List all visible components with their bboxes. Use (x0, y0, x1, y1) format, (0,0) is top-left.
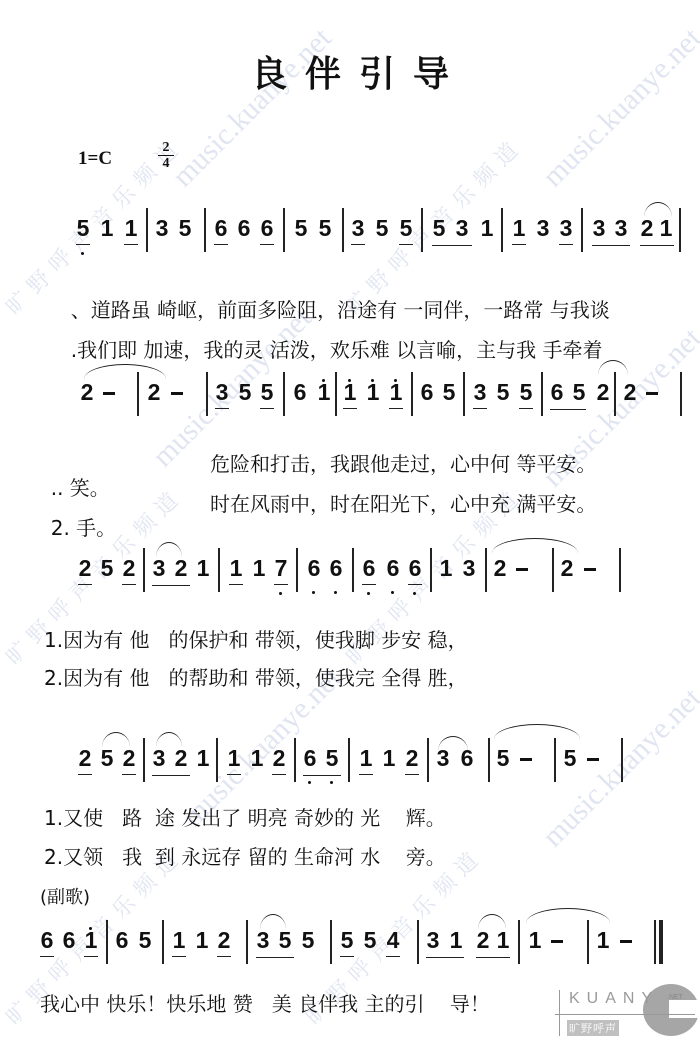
lyric-line-2-verse-1: 危险和打击，我跟他走过，心中何 等平安。 (210, 452, 596, 476)
note: 5 (440, 378, 458, 406)
note: 5 (570, 378, 588, 406)
barline (143, 738, 145, 782)
notation-row-4: 2 5 2 3 2 1 1 1 2 6 5 1 1 2 3 6 5 5 (0, 738, 700, 786)
note: 3 (471, 378, 489, 406)
note: 1 (122, 214, 140, 242)
note: 3 (612, 214, 630, 242)
note: 1 (594, 926, 612, 954)
dash-extend (516, 568, 528, 571)
note-high: 1 (387, 378, 405, 406)
tie (526, 908, 610, 923)
note: 3 (254, 926, 272, 954)
barline (146, 208, 148, 252)
barline (552, 548, 554, 592)
barline (541, 372, 543, 416)
note: 6 (38, 926, 56, 954)
dash-extend (587, 758, 599, 761)
note: 3 (349, 214, 367, 242)
tie (494, 724, 580, 739)
barline (488, 738, 490, 782)
dash-extend (646, 392, 658, 395)
barline (654, 920, 656, 964)
beam-underline (476, 957, 510, 958)
barline (352, 548, 354, 592)
tie (84, 364, 166, 379)
note-high: 1 (315, 378, 333, 406)
barline (206, 372, 208, 416)
note: 2 (270, 744, 288, 772)
barline (283, 208, 285, 252)
note-low: 6 (406, 554, 424, 582)
beam-underline (592, 245, 630, 246)
beam-underline (152, 585, 190, 586)
note-low: 6 (301, 744, 319, 772)
notation-row-1: 5 1 1 3 5 6 6 6 5 5 3 5 5 5 3 1 1 3 3 3 … (0, 208, 700, 256)
note: 1 (225, 744, 243, 772)
barline (679, 208, 681, 252)
slur (102, 732, 130, 747)
note: 6 (291, 378, 309, 406)
note-high: 1 (341, 378, 359, 406)
note: 1 (526, 926, 544, 954)
note: 2 (215, 926, 233, 954)
lyric-line-5: 我心中 快乐！快乐地 赞 美 良伴我 主的引 导！ (40, 992, 490, 1016)
note: 1 (98, 214, 116, 242)
note: 1 (193, 926, 211, 954)
lyric-text: 手。 (76, 516, 116, 540)
note: 3 (424, 926, 442, 954)
note: 1 (194, 554, 212, 582)
barline (421, 208, 423, 252)
note-low: 7 (272, 554, 290, 582)
note: 3 (534, 214, 552, 242)
slur (438, 736, 468, 751)
note: 3 (590, 214, 608, 242)
dash-extend (584, 568, 596, 571)
lyric-line-2-verse-2: 时在风雨中，时在阳光下，心中充 满平安。 (210, 492, 596, 516)
notation-row-2: 2 2 3 5 5 6 1 1 1 1 6 5 3 5 5 6 5 2 2 (0, 372, 700, 420)
barline (294, 738, 296, 782)
note: 2 (594, 378, 612, 406)
site-logo: KUANY .NET 旷野呼声 (555, 978, 700, 1038)
note: 1 (170, 926, 188, 954)
barline (296, 548, 298, 592)
barline (485, 548, 487, 592)
barline (430, 548, 432, 592)
note: 1 (510, 214, 528, 242)
note: 5 (136, 926, 154, 954)
note: 5 (430, 214, 448, 242)
note-high: 1 (82, 926, 100, 954)
slur (156, 732, 182, 747)
barline (342, 208, 344, 252)
note: 6 (418, 378, 436, 406)
barline (587, 920, 589, 964)
lyric-line-4-verse-1: 1.又使 路 途 发出了 明亮 奇妙的 光 辉。 (44, 806, 446, 830)
note-low: 6 (360, 554, 378, 582)
barline (417, 920, 419, 964)
logo-line (559, 990, 560, 1036)
note: 2 (145, 378, 163, 406)
note: 6 (548, 378, 566, 406)
barline (106, 920, 108, 964)
note: 1 (250, 554, 268, 582)
notation-row-5: 6 6 1 6 5 1 1 2 3 5 5 5 5 4 3 1 2 1 1 1 (0, 920, 700, 968)
dash-extend (103, 392, 115, 395)
note: 5 (292, 214, 310, 242)
barline (581, 208, 583, 252)
tie (492, 538, 578, 553)
beam-underline (256, 957, 294, 958)
barline (427, 738, 429, 782)
barline (218, 548, 220, 592)
note: 6 (113, 926, 131, 954)
note: 5 (494, 378, 512, 406)
note: 5 (373, 214, 391, 242)
slur (644, 202, 672, 217)
note: 2 (172, 744, 190, 772)
barline (680, 372, 682, 416)
barline (463, 372, 465, 416)
note: 5 (176, 214, 194, 242)
barline (619, 548, 621, 592)
note: 6 (212, 214, 230, 242)
slur (260, 914, 286, 929)
dash-extend (551, 940, 563, 943)
barline (283, 372, 285, 416)
barline (204, 208, 206, 252)
lyric-text: 我们即 加速，我的灵 活泼，欢乐难 以言喻，主与我 手牵着 (77, 338, 602, 362)
note: 2 (172, 554, 190, 582)
note: 2 (120, 554, 138, 582)
logo-net: .NET (667, 994, 683, 1001)
barline (621, 738, 623, 782)
note: 2 (474, 926, 492, 954)
note: 3 (150, 744, 168, 772)
logo-text: KUANY (569, 990, 659, 1008)
beam-underline (152, 775, 190, 776)
note-low: 6 (384, 554, 402, 582)
final-barline (659, 920, 663, 964)
note: 1 (478, 214, 496, 242)
note: 4 (384, 926, 402, 954)
note: 3 (557, 214, 575, 242)
lyric-line-2-verse-2-left: 2. 手。 (38, 492, 116, 540)
note: 2 (638, 214, 656, 242)
note-low: 6 (305, 554, 323, 582)
note: 6 (258, 214, 276, 242)
barline (216, 738, 218, 782)
note: 3 (213, 378, 231, 406)
note-low: 6 (327, 554, 345, 582)
barline (335, 372, 337, 416)
barline (246, 920, 248, 964)
beam-underline (550, 409, 586, 410)
note-high: 1 (364, 378, 382, 406)
beam-underline (432, 245, 472, 246)
note: 1 (657, 214, 675, 242)
key-signature: 1=C (78, 148, 112, 170)
barline (162, 920, 164, 964)
notation-row-3: 2 5 2 3 2 1 1 1 7 6 6 6 6 6 1 3 2 2 (0, 548, 700, 596)
note: 5 (276, 926, 294, 954)
note: 5 (338, 926, 356, 954)
chorus-label: (副歌) (40, 886, 90, 910)
note: 6 (60, 926, 78, 954)
lyric-line-3-verse-2: 2.因为有 他 的帮助和 带领，使我完 全得 胜， (44, 666, 468, 690)
dash-extend (171, 392, 183, 395)
note: 2 (76, 554, 94, 582)
note: 3 (150, 554, 168, 582)
note: 3 (453, 214, 471, 242)
note: 6 (235, 214, 253, 242)
time-denominator: 4 (158, 156, 174, 171)
beam-underline (640, 245, 674, 246)
note: 2 (403, 744, 421, 772)
logo-subtitle: 旷野呼声 (567, 1020, 619, 1036)
note: 5 (561, 744, 579, 772)
note: 5 (316, 214, 334, 242)
note: 5 (98, 744, 116, 772)
barline (614, 372, 616, 416)
beam-underline (426, 957, 464, 958)
slur (478, 914, 506, 929)
lyric-prefix: 2. (51, 516, 70, 540)
note: 2 (120, 744, 138, 772)
note: 2 (76, 744, 94, 772)
note: 5 (299, 926, 317, 954)
note: 1 (380, 744, 398, 772)
note: 3 (460, 554, 478, 582)
tie (598, 360, 628, 375)
note: 5 (74, 214, 92, 242)
slur (156, 542, 182, 557)
note: 5 (517, 378, 535, 406)
barline (137, 372, 139, 416)
note: 1 (248, 744, 266, 772)
note: 1 (437, 554, 455, 582)
note: 5 (494, 744, 512, 772)
note: 1 (227, 554, 245, 582)
note: 1 (194, 744, 212, 772)
note: 5 (397, 214, 415, 242)
barline (518, 920, 520, 964)
note: 5 (361, 926, 379, 954)
barline (143, 548, 145, 592)
note-low: 5 (323, 744, 341, 772)
note: 5 (258, 378, 276, 406)
dash-extend (620, 940, 632, 943)
lyric-line-3-verse-1: 1.因为有 他 的保护和 带领，使我脚 步安 稳， (44, 628, 468, 652)
lyric-line-4-verse-2: 2.又领 我 到 永远存 留的 生命河 水 旁。 (44, 845, 446, 869)
barline (501, 208, 503, 252)
barline (554, 738, 556, 782)
barline (411, 372, 413, 416)
lyric-line-1-verse-2: .我们即 加速，我的灵 活泼，欢乐难 以言喻，主与我 手牵着 (66, 314, 603, 362)
note: 5 (98, 554, 116, 582)
logo-line (555, 1014, 695, 1015)
note: 2 (621, 378, 639, 406)
note: 2 (558, 554, 576, 582)
dash-extend (520, 758, 532, 761)
barline (330, 920, 332, 964)
beam-underline (303, 775, 341, 776)
time-numerator: 2 (158, 140, 174, 156)
note: 5 (236, 378, 254, 406)
note: 2 (491, 554, 509, 582)
note: 3 (153, 214, 171, 242)
barline (348, 738, 350, 782)
note: 1 (447, 926, 465, 954)
note: 1 (357, 744, 375, 772)
note: 1 (494, 926, 512, 954)
note: 2 (78, 378, 96, 406)
time-signature: 2 4 (158, 140, 174, 171)
song-title: 良伴引导 (0, 46, 700, 97)
